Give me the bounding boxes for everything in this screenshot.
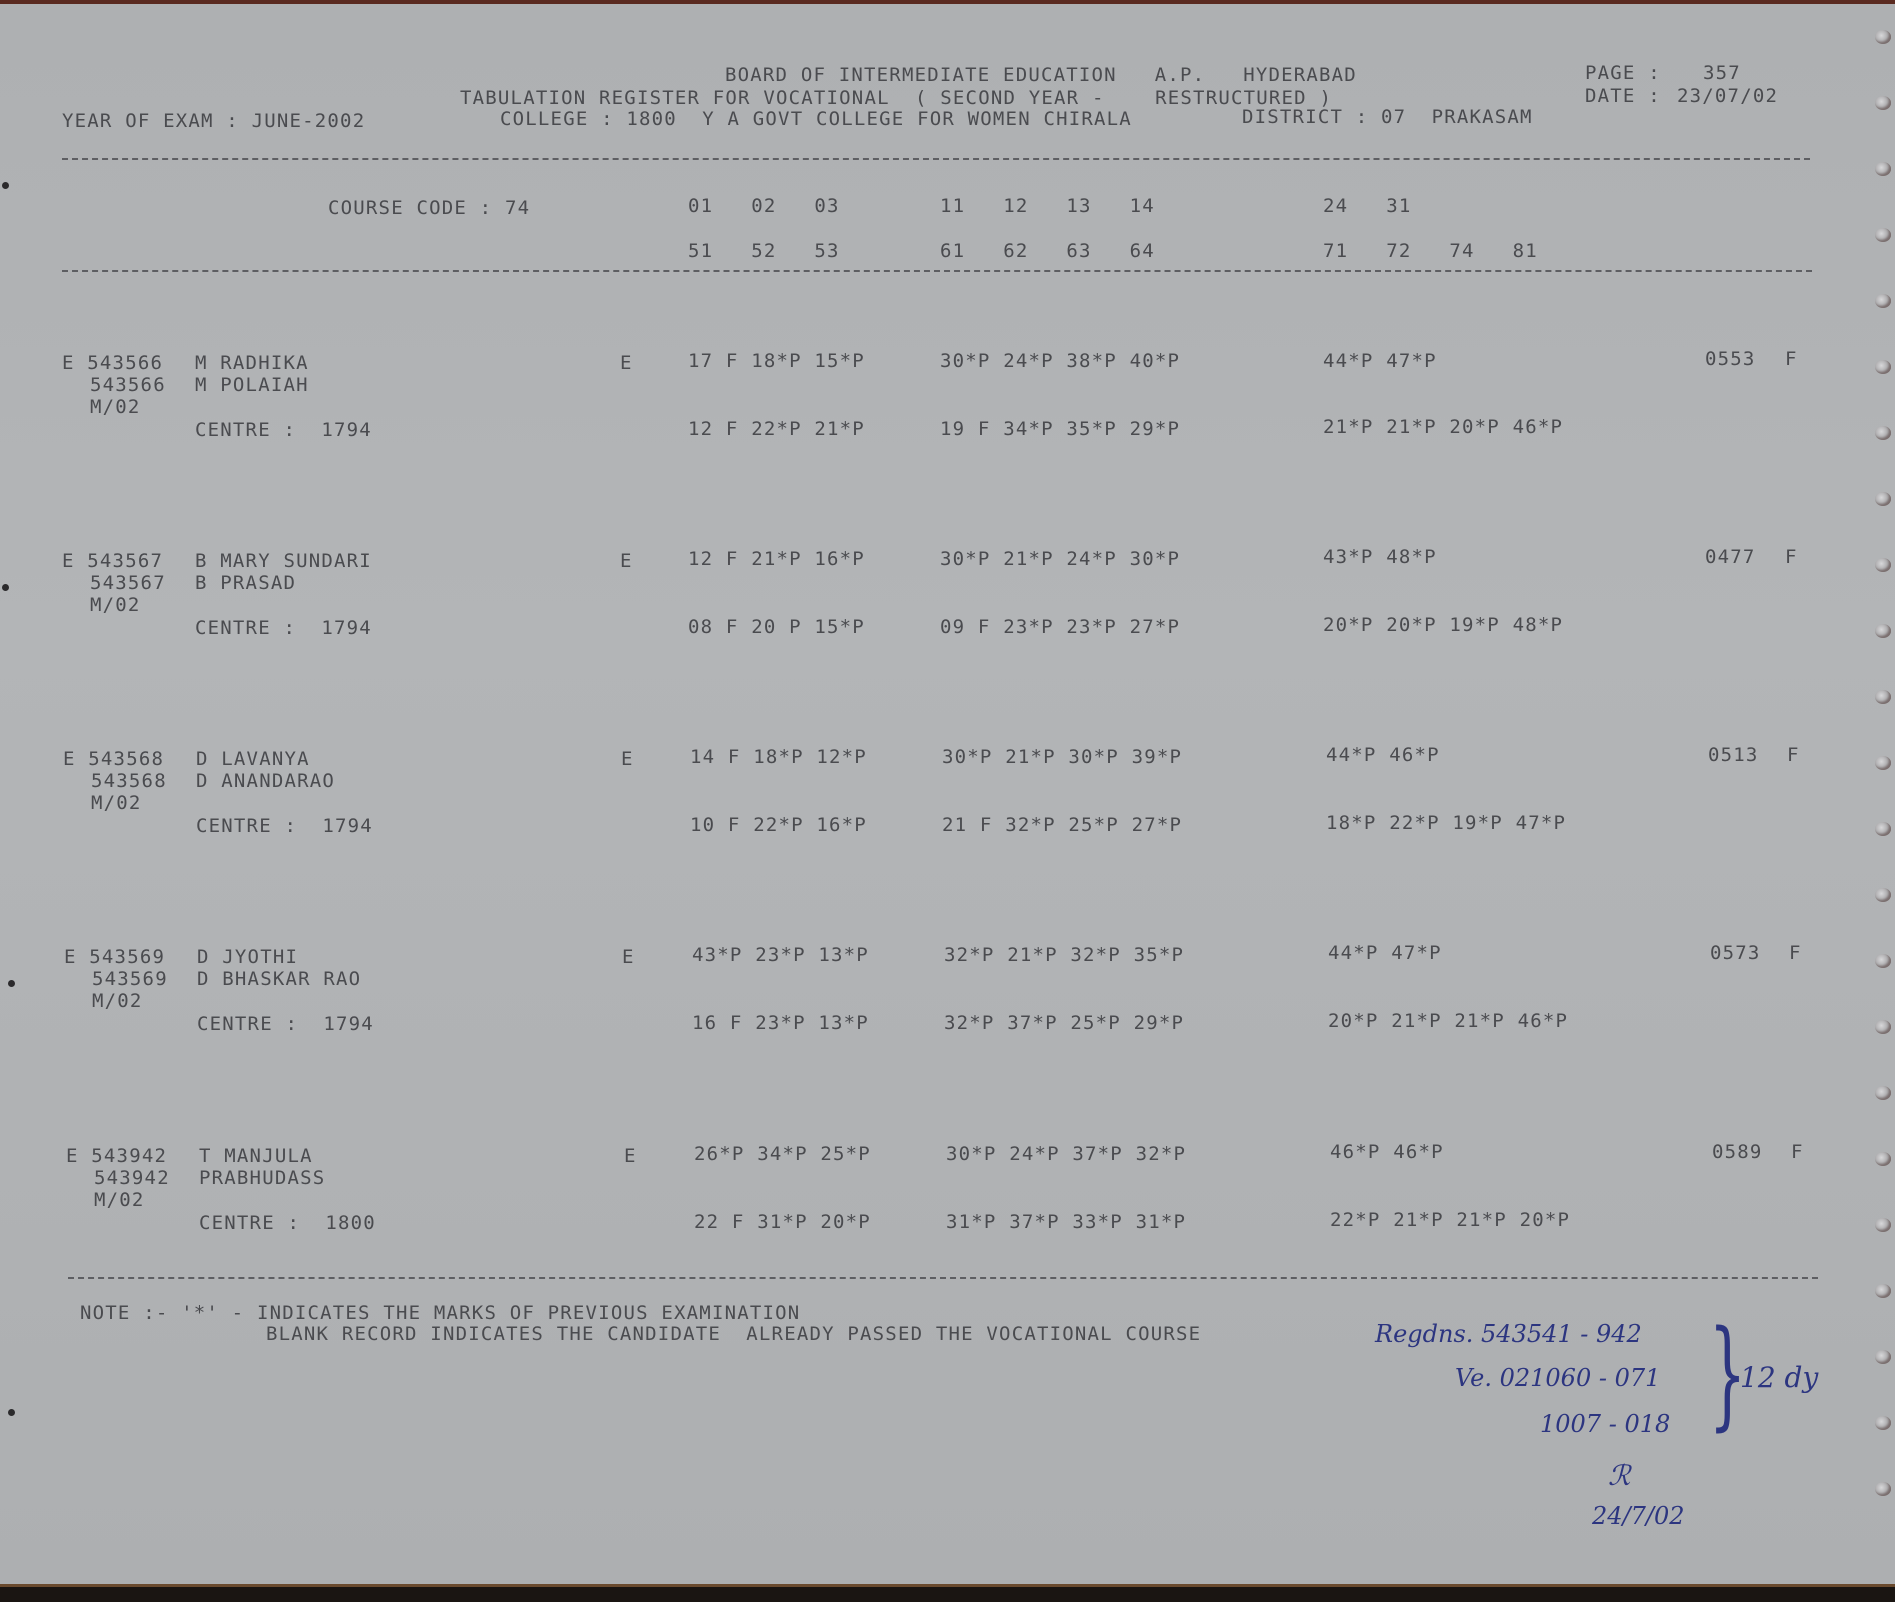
marks-year1-group2: 30*P 21*P 24*P 30*P	[940, 550, 1180, 569]
hall-ticket: E 543568	[63, 750, 164, 769]
reg-number: 543567	[90, 574, 166, 593]
result: F	[1787, 746, 1800, 765]
marks-year2-group3: 20*P 20*P 19*P 48*P	[1323, 616, 1563, 635]
student-name: B MARY SUNDARI	[195, 552, 372, 571]
handwritten-count: 12 dy	[1740, 1364, 1818, 1392]
student-name: D LAVANYA	[196, 750, 310, 769]
marks-year2-group2: 21 F 32*P 25*P 27*P	[942, 816, 1182, 835]
register-page: BOARD OF INTERMEDIATE EDUCATION A.P. HYD…	[0, 4, 1895, 1587]
marks-year1-group2: 32*P 21*P 32*P 35*P	[944, 946, 1184, 965]
result: F	[1791, 1143, 1804, 1162]
page-label: PAGE :	[1585, 64, 1661, 83]
result: F	[1785, 548, 1798, 567]
divider-line	[62, 270, 1812, 272]
print-date: 23/07/02	[1677, 87, 1778, 106]
divider-line	[62, 158, 1810, 160]
medium: E	[622, 948, 635, 967]
category-code: M/02	[92, 992, 143, 1011]
total-marks: 0573	[1710, 944, 1761, 963]
total-marks: 0477	[1705, 548, 1756, 567]
hall-ticket: E 543566	[62, 354, 163, 373]
reg-number: 543569	[92, 970, 168, 989]
marks-year2-group1: 10 F 22*P 16*P	[690, 816, 867, 835]
subject-codes-row1-group3: 24 31	[1323, 197, 1411, 216]
note-line-1: NOTE :- '*' - INDICATES THE MARKS OF PRE…	[80, 1304, 800, 1323]
result: F	[1789, 944, 1802, 963]
reg-number: 543942	[94, 1169, 170, 1188]
marks-year2-group2: 09 F 23*P 23*P 27*P	[940, 618, 1180, 637]
marks-year1-group3: 44*P 46*P	[1326, 746, 1440, 765]
centre: CENTRE : 1794	[195, 619, 372, 638]
year-of-exam: YEAR OF EXAM : JUNE-2002	[62, 112, 365, 131]
centre: CENTRE : 1800	[199, 1214, 376, 1233]
father-name: D BHASKAR RAO	[197, 970, 361, 989]
subject-codes-row1-group2: 11 12 13 14	[940, 197, 1155, 216]
marks-year1-group3: 43*P 48*P	[1323, 548, 1437, 567]
marks-year1-group2: 30*P 21*P 30*P 39*P	[942, 748, 1182, 767]
centre: CENTRE : 1794	[197, 1015, 374, 1034]
category-code: M/02	[94, 1191, 145, 1210]
subject-codes-row1-group1: 01 02 03	[688, 197, 840, 216]
marks-year2-group3: 18*P 22*P 19*P 47*P	[1326, 814, 1566, 833]
handwritten-sign-date: 24/7/02	[1592, 1504, 1685, 1528]
medium: E	[620, 354, 633, 373]
medium: E	[620, 552, 633, 571]
marks-year2-group1: 16 F 23*P 13*P	[692, 1014, 869, 1033]
board-title: BOARD OF INTERMEDIATE EDUCATION A.P. HYD…	[725, 66, 1357, 85]
marks-year1-group1: 14 F 18*P 12*P	[690, 748, 867, 767]
course-code: COURSE CODE : 74	[328, 199, 530, 218]
marks-year1-group3: 46*P 46*P	[1330, 1143, 1444, 1162]
category-code: M/02	[91, 794, 142, 813]
marks-year2-group2: 19 F 34*P 35*P 29*P	[940, 420, 1180, 439]
hall-ticket: E 543567	[62, 552, 163, 571]
signature-icon: ℛ	[1608, 1459, 1630, 1492]
marks-year1-group1: 26*P 34*P 25*P	[694, 1145, 871, 1164]
total-marks: 0589	[1712, 1143, 1763, 1162]
father-name: D ANANDARAO	[196, 772, 335, 791]
subject-codes-row2-group3: 71 72 74 81	[1323, 242, 1538, 261]
hall-ticket: E 543569	[64, 948, 165, 967]
register-title: TABULATION REGISTER FOR VOCATIONAL ( SEC…	[460, 89, 1332, 108]
student-name: D JYOTHI	[197, 948, 298, 967]
student-name: M RADHIKA	[195, 354, 309, 373]
medium: E	[624, 1147, 637, 1166]
marks-year2-group2: 32*P 37*P 25*P 29*P	[944, 1014, 1184, 1033]
medium: E	[621, 750, 634, 769]
district-info: DISTRICT : 07 PRAKASAM	[1242, 108, 1533, 127]
subject-codes-row2-group2: 61 62 63 64	[940, 242, 1155, 261]
marks-year1-group1: 43*P 23*P 13*P	[692, 946, 869, 965]
marks-year2-group3: 20*P 21*P 21*P 46*P	[1328, 1012, 1568, 1031]
page-number: 357	[1703, 64, 1741, 83]
total-marks: 0513	[1708, 746, 1759, 765]
reg-number: 543566	[90, 376, 166, 395]
marks-year2-group2: 31*P 37*P 33*P 31*P	[946, 1213, 1186, 1232]
father-name: PRABHUDASS	[199, 1169, 325, 1188]
father-name: B PRASAD	[195, 574, 296, 593]
handwritten-regd-range: Regdns. 543541 - 942	[1375, 1322, 1642, 1346]
marks-year1-group3: 44*P 47*P	[1323, 352, 1437, 371]
category-code: M/02	[90, 398, 141, 417]
college-info: COLLEGE : 1800 Y A GOVT COLLEGE FOR WOME…	[500, 110, 1132, 129]
marks-year2-group1: 08 F 20 P 15*P	[688, 618, 865, 637]
marks-year1-group1: 12 F 21*P 16*P	[688, 550, 865, 569]
father-name: M POLAIAH	[195, 376, 309, 395]
marks-year2-group3: 22*P 21*P 21*P 20*P	[1330, 1211, 1570, 1230]
marks-year1-group2: 30*P 24*P 37*P 32*P	[946, 1145, 1186, 1164]
student-name: T MANJULA	[199, 1147, 313, 1166]
marks-year1-group1: 17 F 18*P 15*P	[688, 352, 865, 371]
hall-ticket: E 543942	[66, 1147, 167, 1166]
marks-year1-group2: 30*P 24*P 38*P 40*P	[940, 352, 1180, 371]
marks-year2-group3: 21*P 21*P 20*P 46*P	[1323, 418, 1563, 437]
subject-codes-row2-group1: 51 52 53	[688, 242, 840, 261]
total-marks: 0553	[1705, 350, 1756, 369]
marks-year2-group1: 12 F 22*P 21*P	[688, 420, 865, 439]
divider-line	[68, 1277, 1818, 1279]
centre: CENTRE : 1794	[196, 817, 373, 836]
marks-year2-group1: 22 F 31*P 20*P	[694, 1213, 871, 1232]
note-line-2: BLANK RECORD INDICATES THE CANDIDATE ALR…	[266, 1325, 1201, 1344]
reg-number: 543568	[91, 772, 167, 791]
date-label: DATE :	[1585, 87, 1661, 106]
handwritten-range-2: Ve. 021060 - 071	[1455, 1366, 1660, 1390]
category-code: M/02	[90, 596, 141, 615]
marks-year1-group3: 44*P 47*P	[1328, 944, 1442, 963]
handwritten-range-3: 1007 - 018	[1540, 1412, 1670, 1436]
result: F	[1785, 350, 1798, 369]
centre: CENTRE : 1794	[195, 421, 372, 440]
